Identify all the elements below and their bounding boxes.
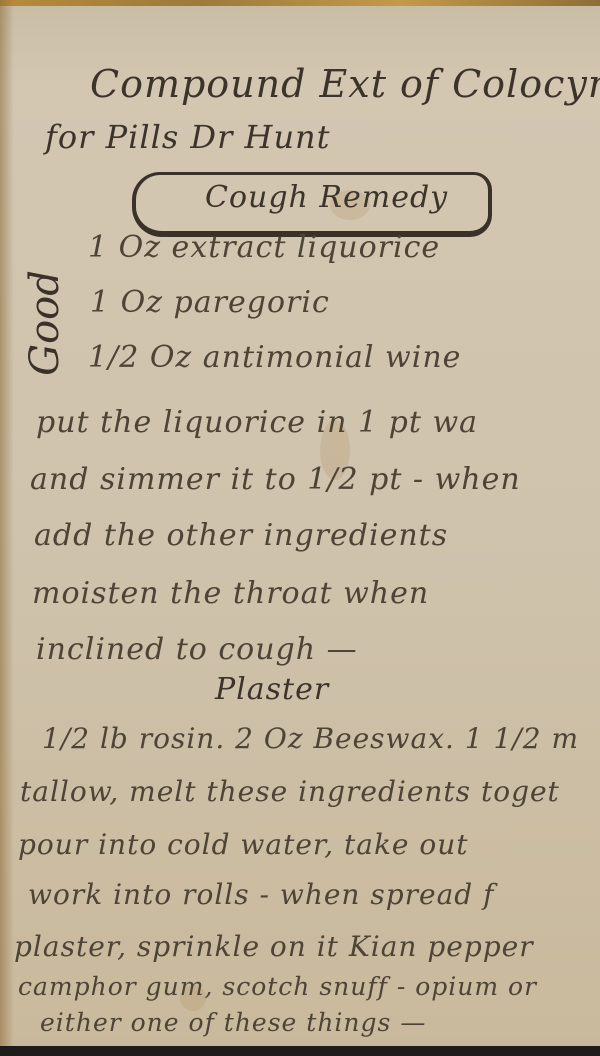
instruction-line: put the liquorice in 1 pt wa [36,405,478,440]
cough-remedy-title: Cough Remedy [205,180,448,215]
header-line-2: for Pills Dr Hunt [45,118,331,156]
plaster-line: camphor gum, scotch snuff - opium or [18,972,537,1001]
header-line-1: Compound Ext of Colocynth [90,62,600,106]
instruction-line: inclined to cough — [36,632,358,667]
instruction-line: and simmer it to 1/2 pt - when [30,462,521,497]
ingredient-line: 1 Oz paregoric [90,285,330,320]
page-left-edge [0,0,14,1056]
page-top-edge [0,0,600,6]
plaster-line: plaster, sprinkle on it Kian pepper [14,930,534,963]
instruction-line: moisten the throat when [32,576,429,611]
plaster-line: pour into cold water, take out [18,828,469,861]
plaster-line: either one of these things — [40,1008,426,1037]
ingredient-line: 1 Oz extract liquorice [88,230,440,265]
plaster-line: work into rolls - when spread f [28,878,495,911]
plaster-line: tallow, melt these ingredients toget [20,775,560,808]
ingredient-line: 1/2 Oz antimonial wine [88,340,461,375]
document-page: Compound Ext of Colocynth for Pills Dr H… [0,0,600,1056]
plaster-line: 1/2 lb rosin. 2 Oz Beeswax. 1 1/2 m [42,722,579,755]
frame-bottom-edge [0,1046,600,1056]
plaster-title: Plaster [215,672,329,707]
instruction-line: add the other ingredients [34,518,448,553]
margin-note-good: Good [22,270,68,376]
